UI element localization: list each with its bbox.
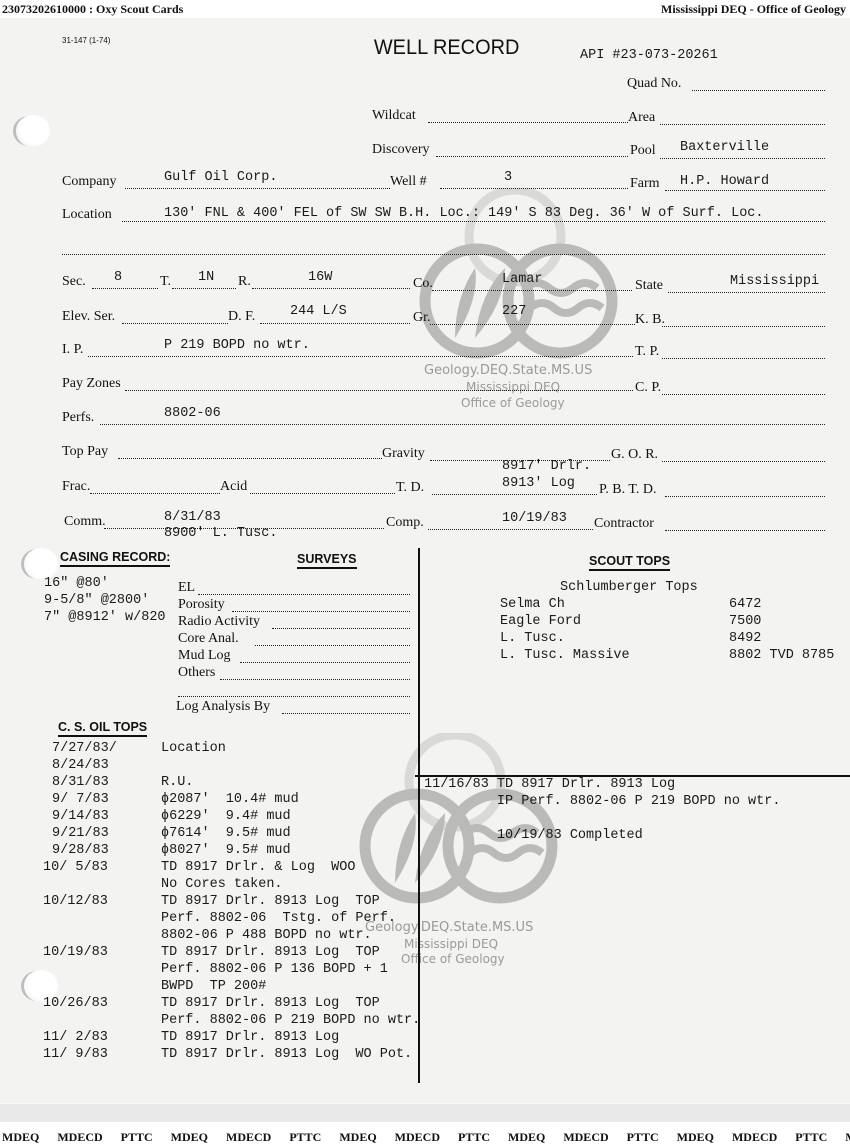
well-record-card: Geology.DEQ.State.MS.US Mississippi DEQ … <box>0 18 850 1121</box>
discovery-label: Discovery <box>372 142 430 158</box>
company-label: Company <box>62 174 116 190</box>
note-line: 11/16/83 TD 8917 Drlr. 8913 Log <box>424 777 675 792</box>
company-field <box>125 188 390 189</box>
t-label: T. <box>160 274 171 290</box>
scout-top-depth: 6472 <box>729 597 761 612</box>
location-field <box>122 221 825 222</box>
entry-text: ϕ7614' 9.5# mud <box>161 826 291 841</box>
card-edge <box>0 1103 850 1122</box>
pay-zones-label: Pay Zones <box>62 376 121 392</box>
scout-tops-heading: SCOUT TOPS <box>589 554 670 571</box>
r-value: 16W <box>308 270 332 285</box>
mdeq-logo-icon <box>355 733 565 913</box>
document-footer: MDEQ MDECD PTTC MDEQ MDECD PTTC MDEQ MDE… <box>0 1122 850 1147</box>
cp-label: C. P. <box>635 380 661 396</box>
cs-oil-tops-heading: C. S. OIL TOPS <box>58 720 147 737</box>
watermark-office: Office of Geology <box>401 952 505 966</box>
survey-field <box>272 628 410 629</box>
scout-top-depth: 8802 TVD 8785 <box>729 648 834 663</box>
r-field <box>252 288 410 289</box>
entry-date: 10/26/83 <box>43 996 108 1011</box>
td-value-log: 8913' Log <box>502 476 575 491</box>
entry-text: TD 8917 Drlr. 8913 Log TOP <box>161 996 380 1011</box>
frac-field <box>90 493 220 494</box>
survey-item-radio-activity: Radio Activity <box>178 614 260 630</box>
county-field <box>432 290 632 291</box>
scout-top-name: Selma Ch <box>500 597 565 612</box>
note-line: 10/19/83 Completed <box>424 828 643 843</box>
kb-label: K. B. <box>635 312 665 328</box>
survey-field <box>220 679 410 680</box>
survey-field <box>255 645 410 646</box>
company-value: Gulf Oil Corp. <box>164 170 277 185</box>
entry-text: No Cores taken. <box>161 877 283 892</box>
punch-hole-icon <box>16 115 50 147</box>
ip-value: P 219 BOPD no wtr. <box>164 338 310 353</box>
log-analysis-field <box>282 713 410 714</box>
td-value-driller: 8917' Drlr. <box>502 459 591 474</box>
perfs-value: 8802-06 <box>164 406 221 421</box>
casing-record-heading: CASING RECORD: <box>60 550 170 567</box>
well-no-label: Well # <box>390 174 427 190</box>
pbtd-label: P. B. T. D. <box>599 482 656 498</box>
gor-field <box>662 461 825 462</box>
cp-field <box>662 394 825 395</box>
agency-title: Mississippi DEQ - Office of Geology <box>661 2 846 17</box>
entry-date: 10/ 5/83 <box>43 860 108 875</box>
well-no-value: 3 <box>504 170 512 185</box>
wildcat-label: Wildcat <box>372 108 416 124</box>
watermark-agency: Mississippi DEQ <box>466 380 560 394</box>
elev-ser-field <box>122 323 228 324</box>
farm-value: H.P. Howard <box>680 174 769 189</box>
scout-top-name: L. Tusc. <box>500 631 565 646</box>
survey-item-others: Others <box>178 665 215 681</box>
contractor-label: Contractor <box>594 516 654 532</box>
entry-text: TD 8917 Drlr. 8913 Log <box>161 1030 339 1045</box>
entry-date: 9/21/83 <box>52 826 109 841</box>
gr-field <box>430 324 635 325</box>
gravity-label: Gravity <box>382 446 425 462</box>
scout-top-depth: 8492 <box>729 631 761 646</box>
quad-no-label: Quad No. <box>627 76 681 92</box>
api-number: API #23-073-20261 <box>580 48 718 63</box>
watermark-url: Geology.DEQ.State.MS.US <box>424 363 592 378</box>
casing-line: 7" @8912' w/820 <box>44 610 166 625</box>
frac-label: Frac. <box>62 479 90 495</box>
casing-line: 9-5/8" @2800' <box>44 593 149 608</box>
entry-text: ϕ6229' 9.4# mud <box>161 809 291 824</box>
entry-text: R.U. <box>161 775 193 790</box>
survey-field <box>240 662 410 663</box>
entry-date: 10/12/83 <box>43 894 108 909</box>
quad-no-field <box>692 90 825 91</box>
note-line: IP Perf. 8802-06 P 219 BOPD no wtr. <box>424 794 780 809</box>
entry-date: 7/27/83/ <box>52 741 117 756</box>
entry-date: 9/ 7/83 <box>52 792 109 807</box>
ip-field <box>88 356 633 357</box>
pay-zones-field <box>125 390 633 391</box>
survey-field <box>232 611 410 612</box>
entry-text: TD 8917 Drlr. 8913 Log TOP <box>161 945 380 960</box>
ip-label: I. P. <box>62 342 83 358</box>
sec-value: 8 <box>114 270 122 285</box>
entry-date: 9/14/83 <box>52 809 109 824</box>
farm-field <box>665 190 825 191</box>
contractor-field <box>665 530 825 531</box>
top-pay-field <box>118 458 382 459</box>
entry-date: 10/19/83 <box>43 945 108 960</box>
pool-value: Baxterville <box>680 140 769 155</box>
state-label: State <box>635 278 663 294</box>
t-value: 1N <box>198 270 214 285</box>
well-no-field <box>440 188 628 189</box>
gor-label: G. O. R. <box>611 447 658 463</box>
survey-item-porosity: Porosity <box>178 597 225 613</box>
area-label: Area <box>628 110 655 126</box>
survey-field <box>198 594 410 595</box>
column-divider <box>418 548 420 1083</box>
perfs-field <box>100 424 825 425</box>
gr-value: 227 <box>502 304 526 319</box>
tp-field <box>662 358 825 359</box>
df-label: D. F. <box>228 309 255 325</box>
df-field <box>260 323 410 324</box>
state-field <box>668 292 825 293</box>
state-value: Mississippi <box>730 274 819 289</box>
td-label: T. D. <box>396 480 424 496</box>
area-field <box>660 124 825 125</box>
t-field <box>172 288 236 289</box>
entry-text: TD 8917 Drlr. 8913 Log TOP <box>161 894 380 909</box>
footer-agencies: MDEQ MDECD PTTC MDEQ MDECD PTTC MDEQ MDE… <box>2 1130 850 1145</box>
entry-text: Location <box>161 741 226 756</box>
pool-field <box>660 158 825 159</box>
entry-text: Perf. 8802-06 P 136 BOPD + 1 <box>161 962 388 977</box>
document-header: 23073202610000 : Oxy Scout Cards Mississ… <box>0 0 850 18</box>
document-id-title: 23073202610000 : Oxy Scout Cards <box>2 2 183 17</box>
acid-label: Acid <box>220 479 247 495</box>
entry-date: 11/ 9/83 <box>43 1047 108 1062</box>
comm-label: Comm. <box>64 514 106 530</box>
comp-value: 10/19/83 <box>502 511 567 526</box>
form-title: WELL RECORD <box>374 36 520 60</box>
watermark-office: Office of Geology <box>461 396 565 410</box>
survey-item-log-analysis-by: Log Analysis By <box>176 699 270 715</box>
df-value: 244 L/S <box>290 304 347 319</box>
r-label: R. <box>238 274 251 290</box>
location-field-line2 <box>62 254 825 255</box>
entry-text: Perf. 8802-06 P 219 BOPD no wtr. <box>161 1013 420 1028</box>
entry-text: TD 8917 Drlr. 8913 Log WO Pot. <box>161 1047 412 1062</box>
county-value: Lamar <box>502 272 543 287</box>
elev-ser-label: Elev. Ser. <box>62 309 115 325</box>
comm-note: 8900' L. Tusc. <box>164 526 277 541</box>
county-label: Co. <box>413 276 433 292</box>
survey-field-blank <box>178 696 410 697</box>
surveys-heading: SURVEYS <box>297 552 357 569</box>
comp-label: Comp. <box>386 515 424 531</box>
sec-field <box>92 288 158 289</box>
schlumberger-tops-subheading: Schlumberger Tops <box>560 580 698 595</box>
survey-item-el: EL <box>178 580 195 596</box>
survey-item-core-anal: Core Anal. <box>178 631 239 647</box>
wildcat-field <box>428 122 628 123</box>
farm-label: Farm <box>630 176 660 192</box>
entry-text: 8802-06 P 488 BOPD no wtr. <box>161 928 372 943</box>
acid-field <box>250 493 395 494</box>
scout-top-depth: 7500 <box>729 614 761 629</box>
sec-label: Sec. <box>62 274 86 290</box>
entry-text: BWPD TP 200# <box>161 979 266 994</box>
comp-field <box>428 529 593 530</box>
entry-date: 11/ 2/83 <box>43 1030 108 1045</box>
pool-label: Pool <box>630 143 656 159</box>
kb-field <box>662 326 825 327</box>
scout-top-name: Eagle Ford <box>500 614 581 629</box>
pbtd-field <box>665 496 825 497</box>
scout-top-name: L. Tusc. Massive <box>500 648 630 663</box>
entry-text: ϕ2087' 10.4# mud <box>161 792 299 807</box>
tp-label: T. P. <box>635 344 659 360</box>
discovery-field <box>436 156 628 157</box>
gr-label: Gr. <box>413 310 431 326</box>
td-field <box>432 494 597 495</box>
form-number: 31-147 (1-74) <box>62 36 110 45</box>
entry-text: TD 8917 Drlr. & Log WOO <box>161 860 355 875</box>
entry-date: 9/28/83 <box>52 843 109 858</box>
perfs-label: Perfs. <box>62 410 94 426</box>
comm-value: 8/31/83 <box>164 510 221 525</box>
casing-line: 16" @80' <box>44 576 109 591</box>
entry-date: 8/24/83 <box>52 758 109 773</box>
entry-text: Perf. 8802-06 Tstg. of Perf. <box>161 911 396 926</box>
location-label: Location <box>62 207 112 223</box>
location-value: 130' FNL & 400' FEL of SW SW B.H. Loc.: … <box>164 206 764 221</box>
entry-date: 8/31/83 <box>52 775 109 790</box>
entry-text: ϕ8027' 9.5# mud <box>161 843 291 858</box>
survey-item-mud-log: Mud Log <box>178 648 231 664</box>
top-pay-label: Top Pay <box>62 444 108 460</box>
